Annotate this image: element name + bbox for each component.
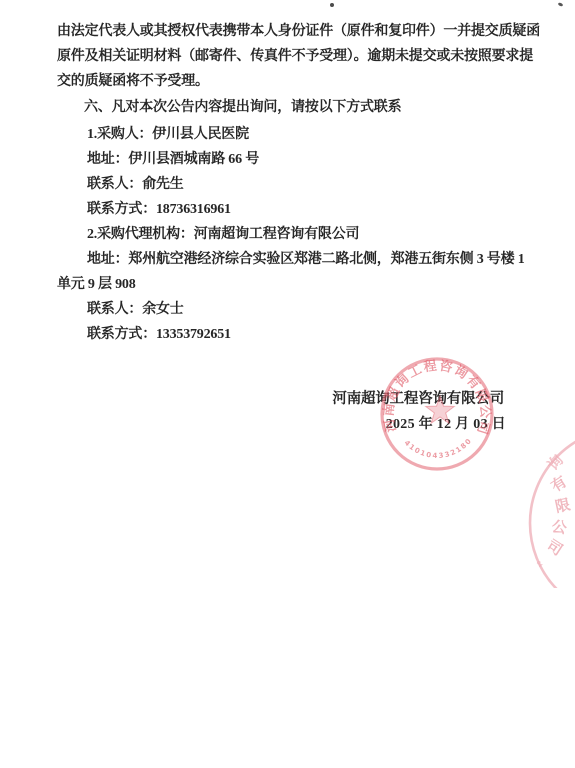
paragraph-line: 交的质疑函将不予受理。 — [57, 74, 209, 90]
purchaser-name-line: 1.采购人：伊川县人民医院 — [87, 127, 249, 143]
edge-seal-char: 有 — [548, 472, 570, 495]
edge-seal-char: 限 — [553, 495, 571, 516]
paragraph-line: 原件及相关证明材料（邮寄件、传真件不予受理）。逾期未提交或未按照要求提 — [57, 49, 533, 65]
edge-seal-char: 询 — [544, 451, 567, 474]
section-heading: 六、凡对本次公告内容提出询问，请按以下方式联系 — [84, 100, 401, 116]
purchaser-address-line: 地址：伊川县酒城南路 66 号 — [87, 152, 259, 168]
signature-date: 2025 年 12 月 03 日 — [386, 417, 506, 433]
agency-address-line-2: 单元 9 层 908 — [57, 277, 136, 293]
purchaser-contact-person-line: 联系人：俞先生 — [87, 177, 184, 193]
agency-contact-person-line: 联系人：余女士 — [87, 302, 184, 318]
purchaser-contact-phone-line: 联系方式：18736316961 — [87, 202, 231, 218]
seal-ring — [382, 359, 492, 469]
agency-contact-phone-line: 联系方式：13353792651 — [87, 327, 231, 343]
signature-company: 河南超询工程咨询有限公司 — [332, 391, 504, 407]
scan-speck — [558, 2, 564, 7]
company-seal-stamp: 河南超询工程咨询有限公司 4101043321804 — [377, 354, 497, 474]
scanned-document-page: 由法定代表人或其授权代表携带本人身份证件（原件和复印件）一并提交质疑函 原件及相… — [0, 0, 575, 768]
edge-seal-char: 司 — [544, 536, 566, 559]
edge-partial-seal-stamp: 询 有 限 公 司 04 — [515, 438, 575, 588]
paragraph-line: 由法定代表人或其授权代表携带本人身份证件（原件和复印件）一并提交质疑函 — [57, 24, 540, 40]
scan-speck — [330, 3, 334, 7]
agency-address-line-1: 地址：郑州航空港经济综合实验区郑港二路北侧，郑港五街东侧 3 号楼 1 — [87, 252, 525, 268]
edge-seal-digits: 04 — [535, 560, 543, 568]
edge-seal-char: 公 — [550, 518, 569, 538]
agency-name-line: 2.采购代理机构：河南超询工程咨询有限公司 — [87, 227, 359, 243]
edge-seal-ring — [530, 438, 575, 588]
